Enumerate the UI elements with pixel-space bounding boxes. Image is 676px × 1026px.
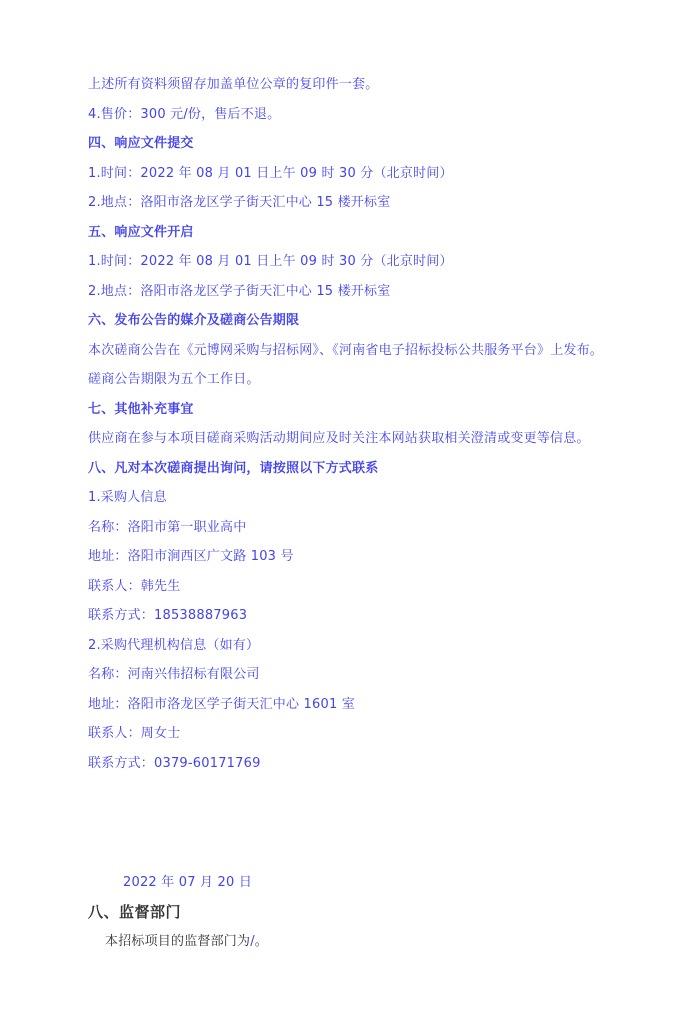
date-line: 2022 年 07 月 20 日 <box>123 868 636 898</box>
supervision-text-suffix: 。 <box>255 934 268 949</box>
doc-line: 4.售价：300 元/份，售后不退。 <box>88 100 636 130</box>
doc-line: 本次磋商公告在《元博网采购与招标网》、《河南省电子招标投标公共服务平台》上发布。 <box>88 336 636 366</box>
doc-line: 地址：洛阳市洛龙区学子街天汇中心 1601 室 <box>88 690 636 720</box>
doc-line: 名称：河南兴伟招标有限公司 <box>88 660 636 690</box>
doc-line: 地址：洛阳市涧西区广文路 103 号 <box>88 542 636 572</box>
doc-line: 联系方式：0379-60171769 <box>88 749 636 779</box>
doc-line: 名称：洛阳市第一职业高中 <box>88 513 636 543</box>
doc-line: 供应商在参与本项目磋商采购活动期间应及时关注本网站获取相关澄清或变更等信息。 <box>88 424 636 454</box>
doc-line: 1.采购人信息 <box>88 483 636 513</box>
vertical-gap <box>88 778 636 868</box>
doc-line: 2.采购代理机构信息（如有） <box>88 631 636 661</box>
supervision-heading: 八、监督部门 <box>88 898 636 928</box>
doc-line: 1.时间：2022 年 08 月 01 日上午 09 时 30 分（北京时间） <box>88 159 636 189</box>
section-heading: 七、其他补充事宜 <box>88 395 636 425</box>
document-page: 上述所有资料须留存加盖单位公章的复印件一套。 4.售价：300 元/份，售后不退… <box>0 0 676 1026</box>
document-content: 上述所有资料须留存加盖单位公章的复印件一套。 4.售价：300 元/份，售后不退… <box>0 0 676 957</box>
section-heading: 五、响应文件开启 <box>88 218 636 248</box>
doc-line: 上述所有资料须留存加盖单位公章的复印件一套。 <box>88 70 636 100</box>
doc-line: 联系人：韩先生 <box>88 572 636 602</box>
doc-line: 联系人：周女士 <box>88 719 636 749</box>
section-heading: 四、响应文件提交 <box>88 129 636 159</box>
supervision-text: 本招标项目的监督部门为/。 <box>105 927 636 957</box>
doc-line: 1.时间：2022 年 08 月 01 日上午 09 时 30 分（北京时间） <box>88 247 636 277</box>
doc-line: 联系方式：18538887963 <box>88 601 636 631</box>
section-heading: 八、凡对本次磋商提出询问，请按照以下方式联系 <box>88 454 636 484</box>
doc-line: 2.地点：洛阳市洛龙区学子街天汇中心 15 楼开标室 <box>88 188 636 218</box>
doc-line: 磋商公告期限为五个工作日。 <box>88 365 636 395</box>
section-heading: 六、发布公告的媒介及磋商公告期限 <box>88 306 636 336</box>
doc-line: 2.地点：洛阳市洛龙区学子街天汇中心 15 楼开标室 <box>88 277 636 307</box>
supervision-text-prefix: 本招标项目的监督部门为 <box>105 934 250 949</box>
